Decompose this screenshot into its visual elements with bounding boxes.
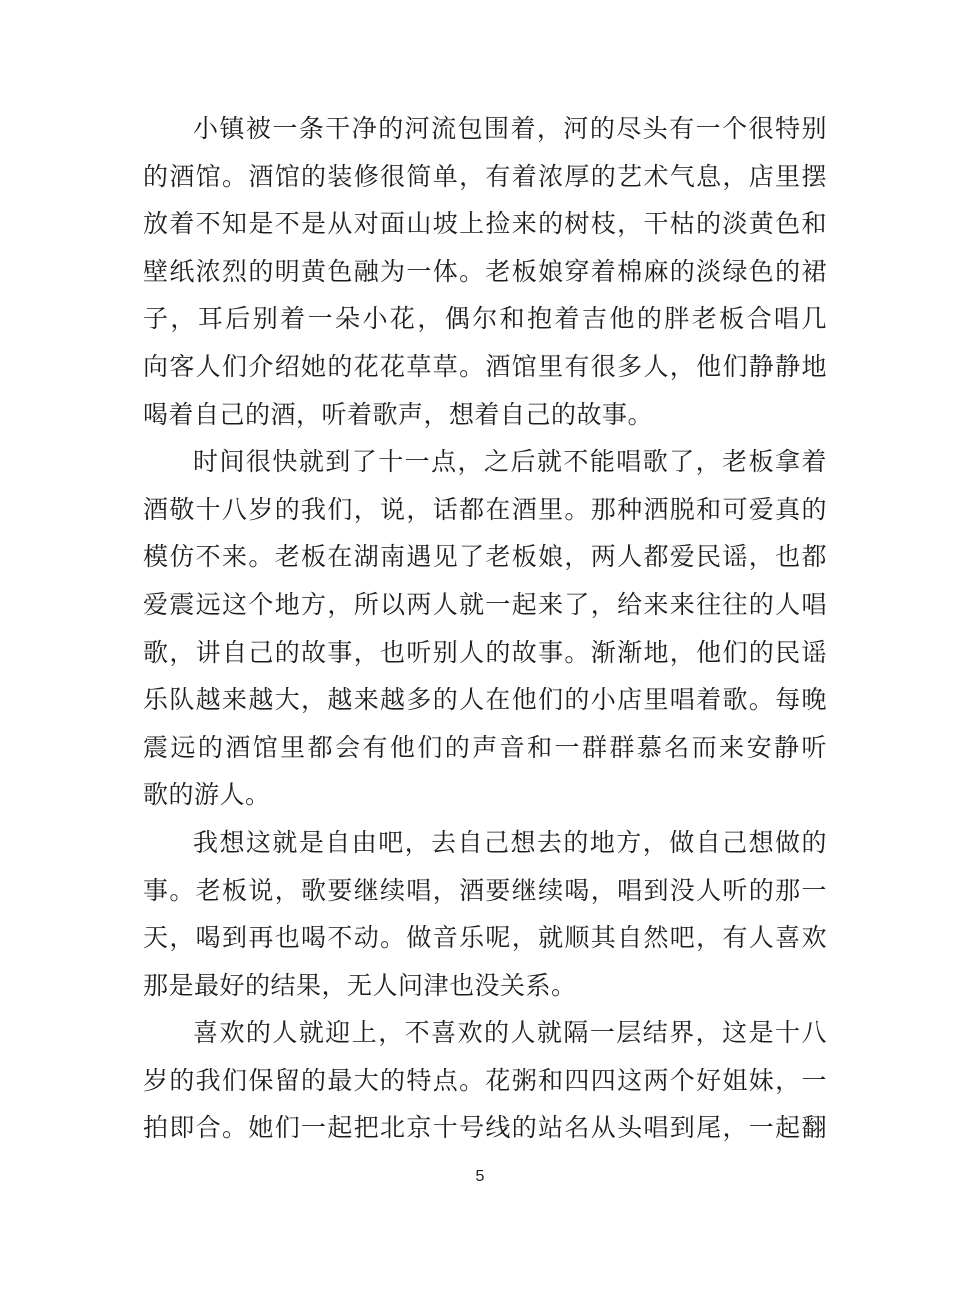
text-line: 天，喝到再也喝不动。做音乐呢，就顺其自然吧，有人喜欢 [143,915,827,963]
text-line: 那是最好的结果，无人问津也没关系。 [143,963,827,1011]
text-line: 歌，讲自己的故事，也听别人的故事。渐渐地，他们的民谣 [143,630,827,678]
text-block: 小镇被一条干净的河流包围着，河的尽头有一个很特别的酒馆。酒馆的装修很简单，有着浓… [143,106,827,1153]
text-line: 拍即合。她们一起把北京十号线的站名从头唱到尾，一起翻 [143,1105,827,1153]
paragraph: 我想这就是自由吧，去自己想去的地方，做自己想做的事。老板说，歌要继续唱，酒要继续… [143,820,827,1010]
paragraph: 时间很快就到了十一点，之后就不能唱歌了，老板拿着酒敬十八岁的我们，说，话都在酒里… [143,439,827,820]
text-line: 壁纸浓烈的明黄色融为一体。老板娘穿着棉麻的淡绿色的裙 [143,249,827,297]
text-line: 爱震远这个地方，所以两人就一起来了，给来来往往的人唱 [143,582,827,630]
document-page: 小镇被一条干净的河流包围着，河的尽头有一个很特别的酒馆。酒馆的装修很简单，有着浓… [0,0,960,1290]
text-line: 子，耳后别着一朵小花，偶尔和抱着吉他的胖老板合唱几句， [143,296,827,344]
text-line: 事。老板说，歌要继续唱，酒要继续喝，唱到没人听的那一 [143,868,827,916]
text-line: 震远的酒馆里都会有他们的声音和一群群慕名而来安静听 [143,725,827,773]
text-line: 放着不知是不是从对面山坡上捡来的树枝，干枯的淡黄色和 [143,201,827,249]
text-line: 模仿不来。老板在湖南遇见了老板娘，两人都爱民谣，也都 [143,534,827,582]
page-number: 5 [0,1168,960,1186]
text-line: 喜欢的人就迎上，不喜欢的人就隔一层结界，这是十八 [143,1010,827,1058]
text-line: 时间很快就到了十一点，之后就不能唱歌了，老板拿着 [143,439,827,487]
text-line: 乐队越来越大，越来越多的人在他们的小店里唱着歌。每晚 [143,677,827,725]
text-line: 岁的我们保留的最大的特点。花粥和四四这两个好姐妹，一 [143,1058,827,1106]
paragraph: 喜欢的人就迎上，不喜欢的人就隔一层结界，这是十八岁的我们保留的最大的特点。花粥和… [143,1010,827,1153]
text-line: 向客人们介绍她的花花草草。酒馆里有很多人，他们静静地 [143,344,827,392]
text-line: 喝着自己的酒，听着歌声，想着自己的故事。 [143,392,827,440]
paragraph: 小镇被一条干净的河流包围着，河的尽头有一个很特别的酒馆。酒馆的装修很简单，有着浓… [143,106,827,439]
text-line: 歌的游人。 [143,772,827,820]
text-line: 小镇被一条干净的河流包围着，河的尽头有一个很特别 [143,106,827,154]
text-line: 的酒馆。酒馆的装修很简单，有着浓厚的艺术气息，店里摆 [143,154,827,202]
text-line: 我想这就是自由吧，去自己想去的地方，做自己想做的 [143,820,827,868]
text-line: 酒敬十八岁的我们，说，话都在酒里。那种洒脱和可爱真的 [143,487,827,535]
